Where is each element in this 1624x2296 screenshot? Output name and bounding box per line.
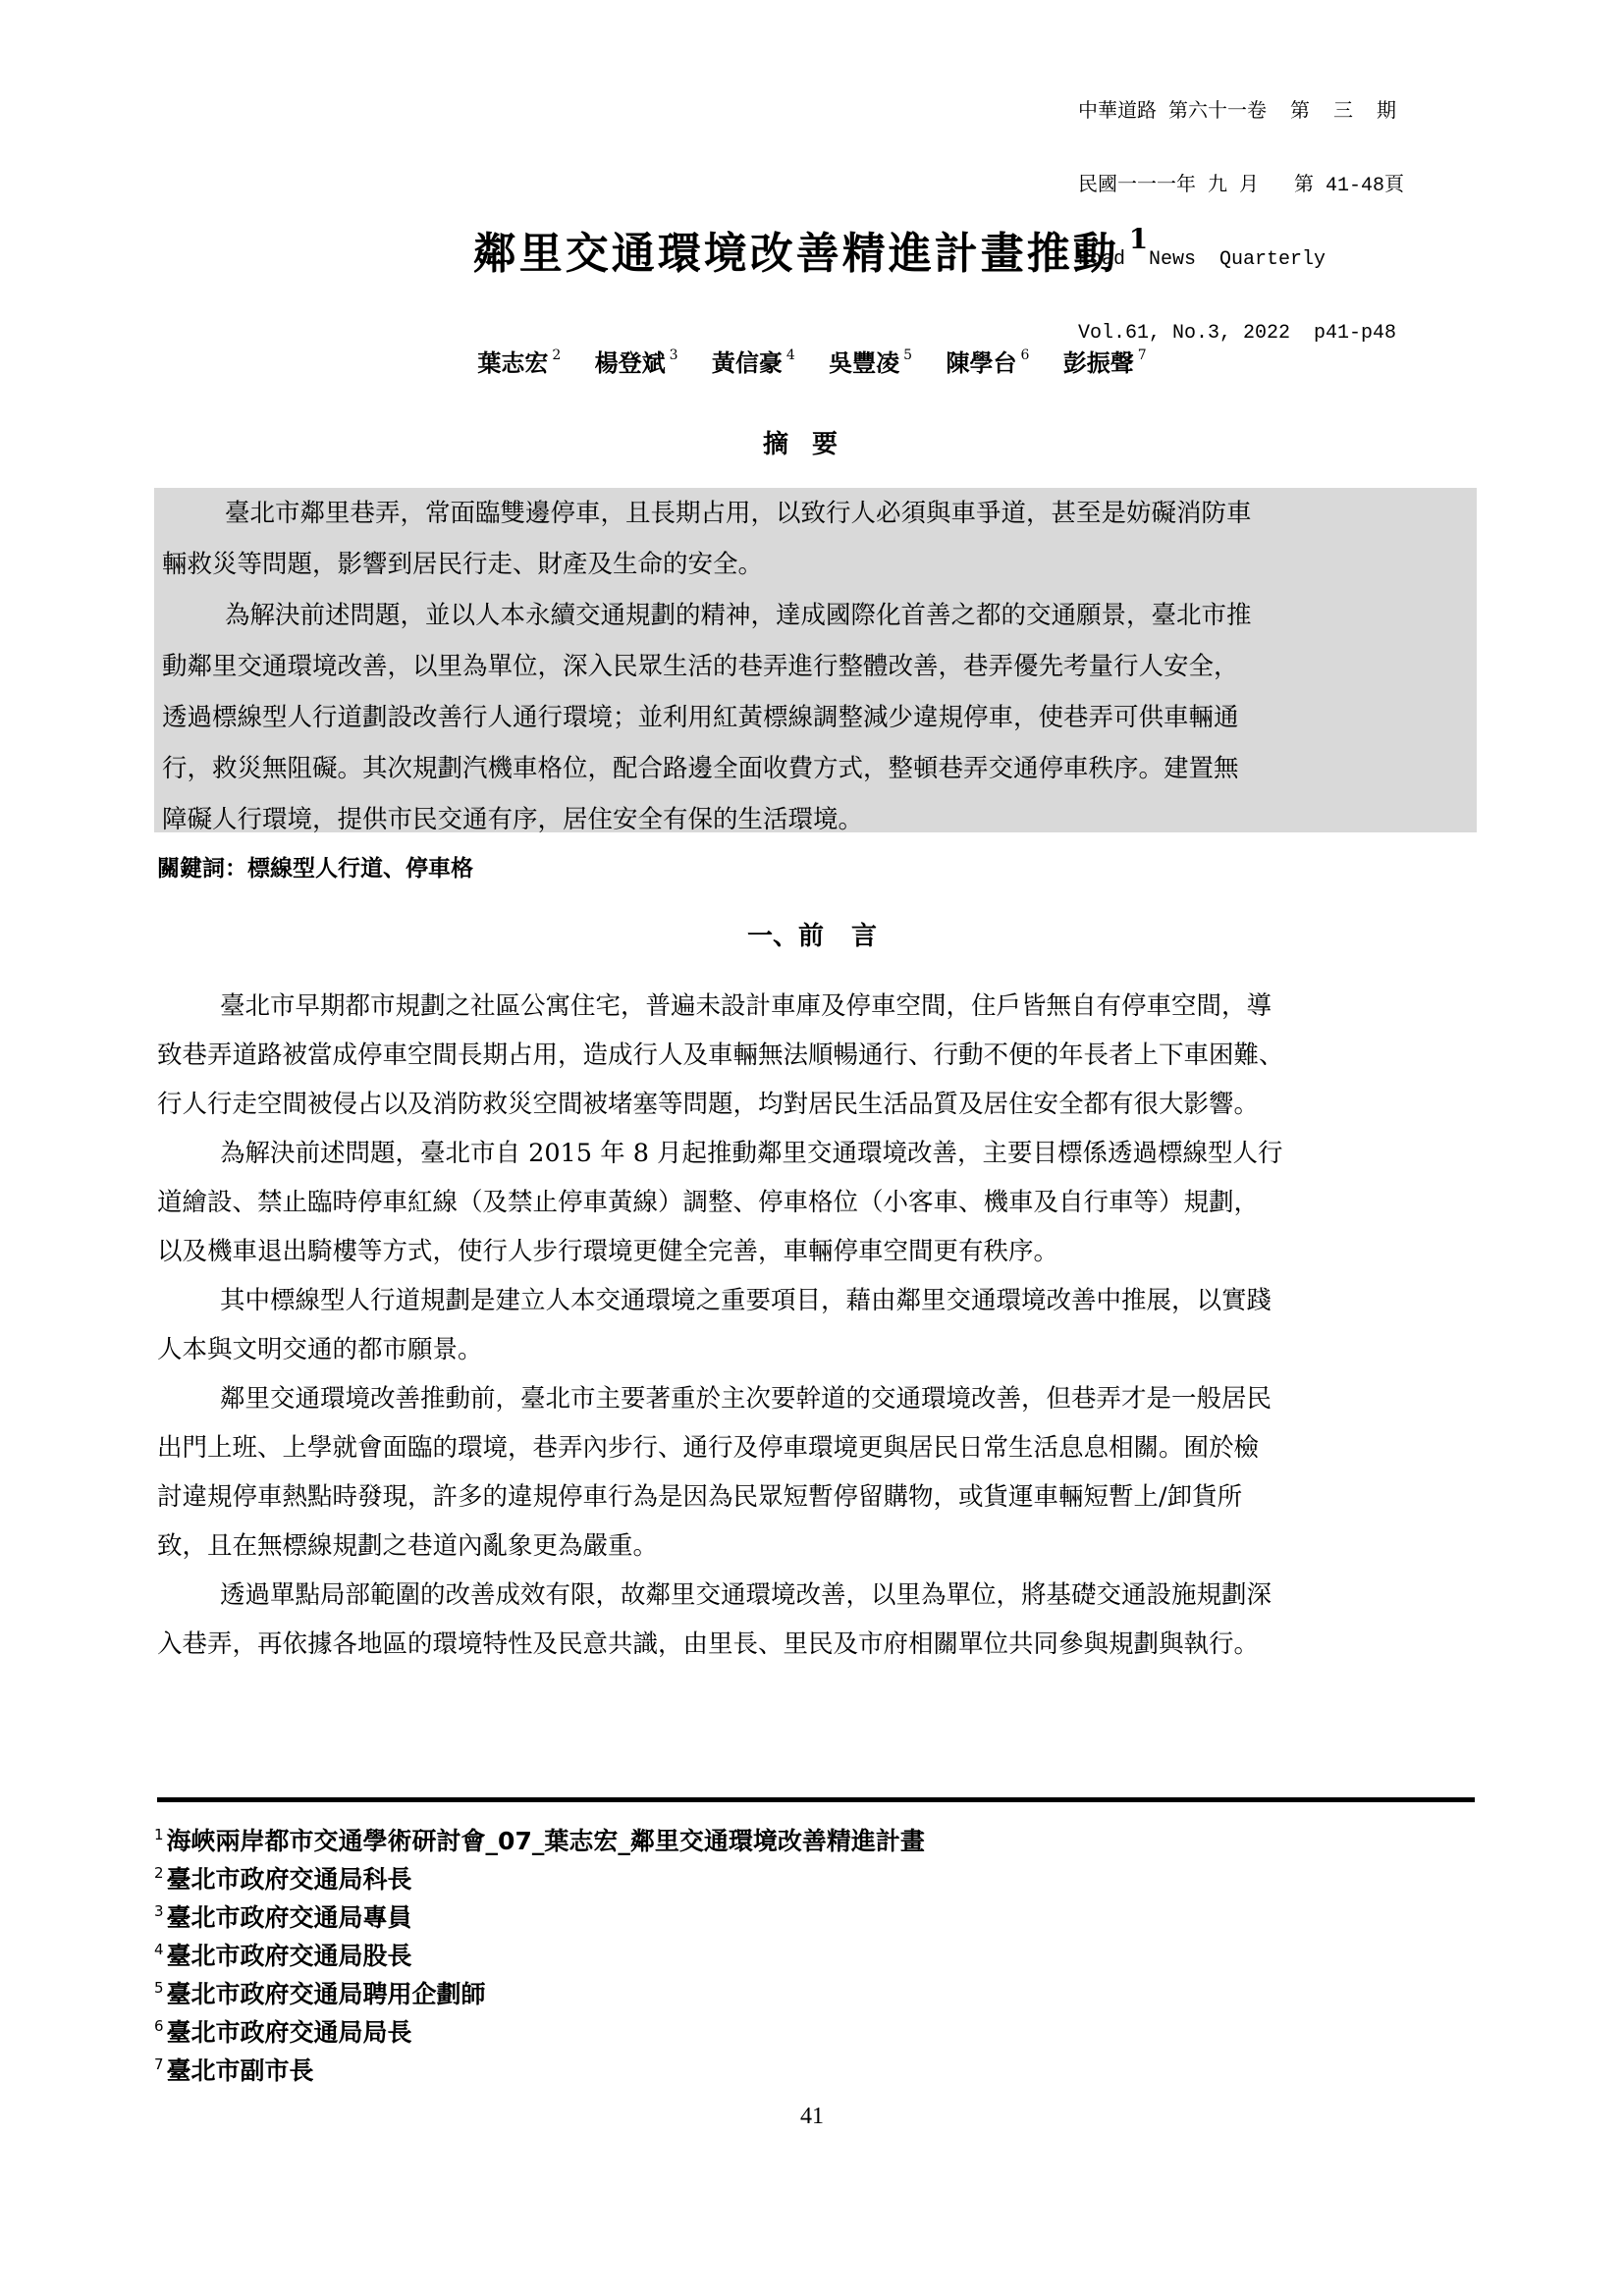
footnote: 3臺北市政府交通局專員 (154, 1893, 925, 1931)
body-line: 致，且在無標線規劃之巷道內亂象更為嚴重。 (157, 1522, 1483, 1571)
page-number: 41 (0, 2104, 1624, 2130)
author-name: 楊登斌 (595, 348, 666, 377)
abstract-line: 輛救災等問題，影響到居民行走、財產及生命的安全。 (162, 539, 1478, 590)
body-line: 人本與文明交通的都市願景。 (157, 1325, 1483, 1374)
author-name: 葉志宏 (477, 348, 548, 377)
body-line: 討違規停車熱點時發現，許多的違規停車行為是因為民眾短暫停留購物，或貨運車輛短暫上… (157, 1472, 1483, 1522)
abstract-body: 臺北市鄰里巷弄，常面臨雙邊停車，且長期占用，以致行人必須與車爭道，甚至是妨礙消防… (162, 488, 1478, 845)
keywords: 關鍵詞：標線型人行道、停車格 (157, 850, 473, 882)
paper-title-text: 鄰里交通環境改善精進計畫推動 (473, 229, 1119, 279)
title-footnote-ref: 1 (1129, 223, 1151, 255)
footnote-text: 臺北市政府交通局局長 (167, 2018, 412, 2047)
abstract-line: 為解決前述問題，並以人本永續交通規劃的精神，達成國際化首善之都的交通願景，臺北市… (162, 590, 1478, 641)
author-footnote-ref: 4 (786, 347, 795, 363)
footnote-ref: 7 (154, 2056, 164, 2073)
author-list: 葉志宏2 楊登斌3 黃信豪4 吳豐凌5 陳學台6 彭振聲7 (0, 344, 1624, 378)
footnote: 6臺北市政府交通局局長 (154, 2007, 925, 2046)
author-footnote-ref: 3 (670, 347, 678, 363)
author: 葉志宏2 (477, 344, 561, 378)
author-footnote-ref: 6 (1020, 347, 1029, 363)
abstract-box: 臺北市鄰里巷弄，常面臨雙邊停車，且長期占用，以致行人必須與車爭道，甚至是妨礙消防… (154, 488, 1477, 832)
body-line: 透過單點局部範圍的改善成效有限，故鄰里交通環境改善，以里為單位，將基礎交通設施規… (157, 1571, 1483, 1620)
author-footnote-ref: 2 (552, 347, 561, 363)
author-name: 陳學台 (946, 348, 1016, 377)
footnote-text: 臺北市副市長 (167, 2056, 314, 2085)
body-line: 其中標線型人行道規劃是建立人本交通環境之重要項目，藉由鄰里交通環境改善中推展，以… (157, 1276, 1483, 1325)
footnote-ref: 5 (154, 1979, 164, 1997)
section-heading-number: 一、前 (747, 922, 824, 951)
paper-title: 鄰里交通環境改善精進計畫推動1 (0, 218, 1624, 281)
footnote-ref: 6 (154, 2017, 164, 2035)
body-line: 行人行走空間被侵占以及消防救災空間被堵塞等問題，均對居民生活品質及居住安全都有很… (157, 1080, 1483, 1129)
abstract-line: 動鄰里交通環境改善，以里為單位，深入民眾生活的巷弄進行整體改善，巷弄優先考量行人… (162, 641, 1478, 692)
footnote: 7臺北市副市長 (154, 2046, 925, 2084)
body-line: 臺北市早期都市規劃之社區公寓住宅，普遍未設計車庫及停車空間，住戶皆無自有停車空間… (157, 982, 1483, 1031)
body-line: 出門上班、上學就會面臨的環境，巷弄內步行、通行及停車環境更與居民日常生活息息相關… (157, 1423, 1483, 1472)
footnotes: 1海峽兩岸都市交通學術研討會_07_葉志宏_鄰里交通環境改善精進計畫 2臺北市政… (154, 1816, 925, 2084)
abstract-line: 臺北市鄰里巷弄，常面臨雙邊停車，且長期占用，以致行人必須與車爭道，甚至是妨礙消防… (162, 488, 1478, 539)
author: 楊登斌3 (595, 344, 678, 378)
body-line: 道繪設、禁止臨時停車紅線（及禁止停車黃線）調整、停車格位（小客車、機車及自行車等… (157, 1178, 1483, 1227)
footnote-text: 臺北市政府交通局專員 (167, 1903, 412, 1932)
introduction-body: 臺北市早期都市規劃之社區公寓住宅，普遍未設計車庫及停車空間，住戶皆無自有停車空間… (157, 982, 1483, 1669)
body-line: 鄰里交通環境改善推動前，臺北市主要著重於主次要幹道的交通環境改善，但巷弄才是一般… (157, 1374, 1483, 1423)
author: 陳學台6 (946, 344, 1029, 378)
author-footnote-ref: 5 (903, 347, 912, 363)
abstract-line: 透過標線型人行道劃設改善行人通行環境；並利用紅黃標線調整減少違規停車，使巷弄可供… (162, 692, 1478, 743)
footnote-ref: 1 (154, 1826, 164, 1843)
footnote-text: 海峽兩岸都市交通學術研討會_07_葉志宏_鄰里交通環境改善精進計畫 (167, 1827, 925, 1855)
abstract-line: 障礙人行環境，提供市民交通有序，居住安全有保的生活環境。 (162, 794, 1478, 845)
footnote-ref: 3 (154, 1902, 164, 1920)
author-footnote-ref: 7 (1138, 347, 1147, 363)
footnote-text: 臺北市政府交通局股長 (167, 1942, 412, 1970)
footnote-divider (157, 1797, 1475, 1802)
footnote: 2臺北市政府交通局科長 (154, 1854, 925, 1893)
author: 彭振聲7 (1063, 344, 1147, 378)
author-name: 黃信豪 (712, 348, 783, 377)
body-line: 致巷弄道路被當成停車空間長期占用，造成行人及車輛無法順暢通行、行動不便的年長者上… (157, 1031, 1483, 1080)
body-line: 以及機車退出騎樓等方式，使行人步行環境更健全完善，車輛停車空間更有秩序。 (157, 1227, 1483, 1276)
journal-header-line-4: Vol.61, No.3, 2022 p41-p48 (1078, 321, 1404, 346)
journal-header-line-1: 中華道路 第六十一卷 第 三 期 (1078, 100, 1404, 125)
author: 吳豐凌5 (829, 344, 912, 378)
footnote: 4臺北市政府交通局股長 (154, 1931, 925, 1969)
abstract-heading: 摘要 (0, 424, 1624, 460)
section-heading-introduction: 一、前言 (0, 916, 1624, 952)
footnote-ref: 2 (154, 1864, 164, 1882)
footnote-text: 臺北市政府交通局聘用企劃師 (167, 1980, 486, 2008)
abstract-line: 行，救災無阻礙。其次規劃汽機車格位，配合路邊全面收費方式，整頓巷弄交通停車秩序。… (162, 743, 1478, 794)
journal-header-line-2: 民國一一一年 九 月 第 41-48頁 (1078, 174, 1404, 198)
footnote-ref: 4 (154, 1941, 164, 1958)
footnote-text: 臺北市政府交通局科長 (167, 1865, 412, 1894)
body-line: 為解決前述問題，臺北市自 2015 年 8 月起推動鄰里交通環境改善，主要目標係… (157, 1129, 1483, 1178)
author: 黃信豪4 (712, 344, 795, 378)
footnote: 5臺北市政府交通局聘用企劃師 (154, 1969, 925, 2007)
author-name: 吳豐凌 (829, 348, 899, 377)
body-line: 入巷弄，再依據各地區的環境特性及民意共識，由里長、里民及市府相關單位共同參與規劃… (157, 1620, 1483, 1669)
journal-header: 中華道路 第六十一卷 第 三 期 民國一一一年 九 月 第 41-48頁 Roa… (1078, 51, 1404, 370)
footnote: 1海峽兩岸都市交通學術研討會_07_葉志宏_鄰里交通環境改善精進計畫 (154, 1816, 925, 1854)
section-heading-word: 言 (851, 922, 877, 951)
author-name: 彭振聲 (1063, 348, 1134, 377)
